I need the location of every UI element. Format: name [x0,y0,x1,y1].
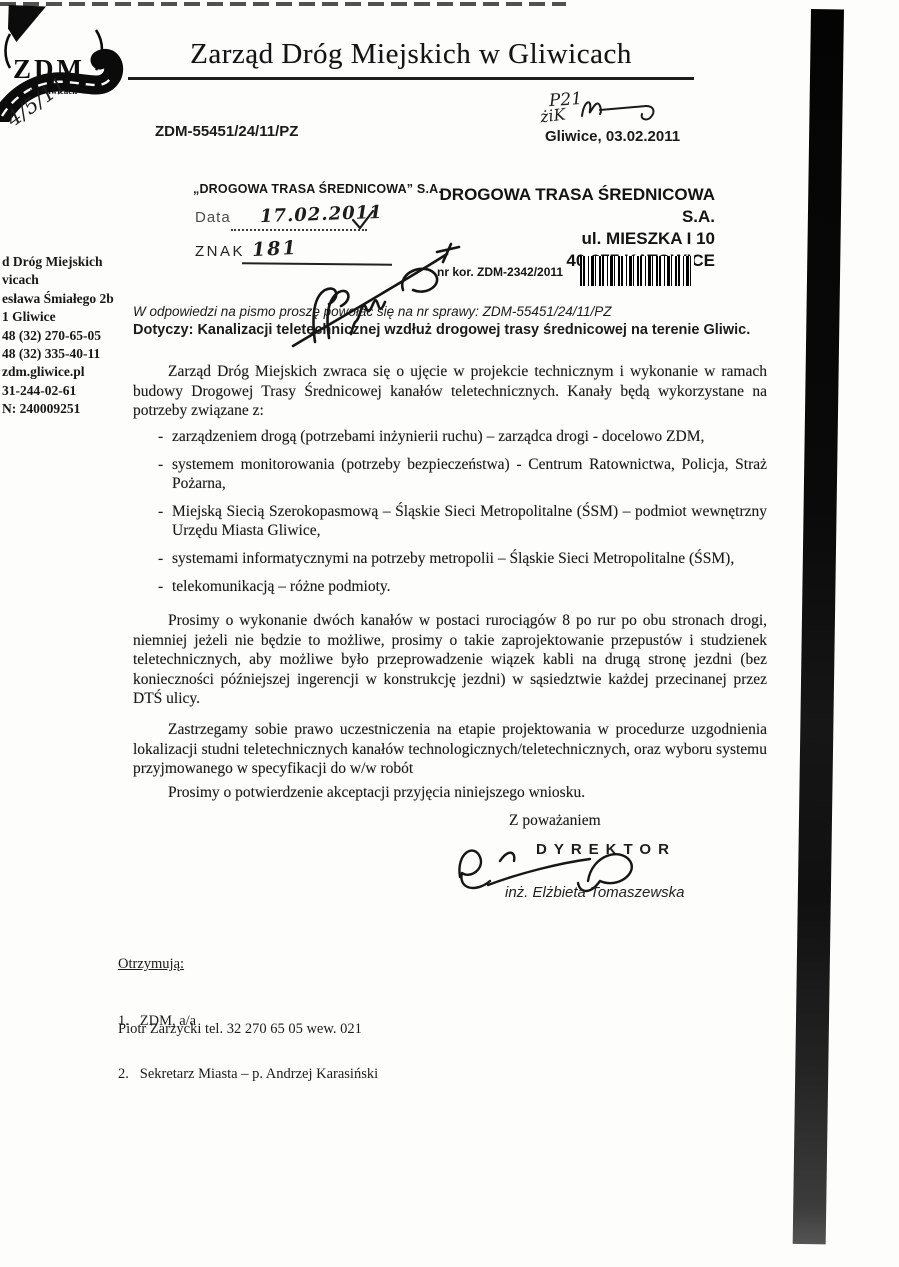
bullet-dash: - [158,577,172,596]
received-stamp-znak-label: ZNAK [195,243,245,260]
list-item: -systemem monitorowania (potrzeby bezpie… [158,455,767,493]
reference-number: ZDM-55451/24/11/PZ [155,123,298,140]
letterhead-rule [128,77,694,80]
bullet-dash: - [158,502,172,540]
place-and-date: Gliwice, 03.02.2011 [545,128,680,145]
barcode [580,256,694,286]
sidebar-line: 48 (32) 335-40-11 [2,345,114,363]
sidebar-line: zdm.gliwice.pl [2,363,114,381]
signer-name: inż. Elżbieta Tomaszewska [505,884,685,901]
list-item: -zarządzeniem drogą (potrzebami inżynier… [158,427,767,446]
bullet-text: telekomunikacją – różne podmioty. [172,577,767,596]
list-item: -Miejską Siecią Szerokopasmową – Śląskie… [158,502,767,540]
distribution-list: 1. ZDM, a/a 2. Sekretarz Miasta – p. And… [118,978,378,1118]
letterhead-title: Zarząd Dróg Miejskich w Gliwicach [130,38,692,71]
body-paragraph-2: Prosimy o wykonanie dwóch kanałów w post… [133,611,767,709]
bullet-text: systemami informatycznymi na potrzeby me… [172,549,767,568]
bullet-dash: - [158,427,172,446]
bullet-list: -zarządzeniem drogą (potrzebami inżynier… [133,427,767,605]
body-paragraph-1: Zarząd Dróg Miejskich zwraca się o ujęci… [133,362,767,421]
bullet-text: Miejską Siecią Szerokopasmową – Śląskie … [172,502,767,540]
correspondence-value: ZDM-2342/2011 [477,265,563,279]
closing-salutation: Z poważaniem [509,812,601,830]
handwritten-flourish [576,92,668,124]
sidebar-line: 31-244-02-61 [2,382,114,400]
bullet-text: systemem monitorowania (potrzeby bezpiec… [172,455,767,493]
sidebar-line: 1 Gliwice [2,308,114,326]
handwritten-routing-note-2: żiK [539,105,567,127]
body-paragraph-4: Prosimy o potwierdzenie akceptacji przyj… [133,784,767,802]
contact-person: Piotr Zarzycki tel. 32 270 65 05 wew. 02… [118,1021,362,1038]
distribution-item: 2. Sekretarz Miasta – p. Andrzej Karasiń… [118,1066,378,1084]
sidebar-line: N: 240009251 [2,400,114,418]
sidebar-line: d Dróg Miejskich [2,253,114,271]
body-paragraph-3: Zastrzegamy sobie prawo uczestniczenia n… [133,720,767,779]
distribution-heading: Otrzymują: [118,956,184,973]
sidebar-line: esława Śmiałego 2b [2,290,114,308]
bullet-dash: - [158,455,172,493]
list-item: -systemami informatycznymi na potrzeby m… [158,549,767,568]
received-stamp-date-label: Data [195,209,231,226]
scan-edge-bar [793,9,844,1244]
sender-sidebar: d Dróg Miejskich vicach esława Śmiałego … [2,253,114,419]
recipient-name: DROGOWA TRASA ŚREDNICOWA S.A. [410,184,715,228]
reply-reference-line: W odpowiedzi na pismo proszę powołać się… [133,304,773,319]
bullet-dash: - [158,549,172,568]
sidebar-line: vicach [2,271,114,289]
stamp-date-dotted-line [231,229,367,231]
scan-edge-dashes [0,2,566,6]
sidebar-line: 48 (32) 270-65-05 [2,327,114,345]
received-stamp-company: „DROGOWA TRASA ŚREDNICOWA” S.A. [193,182,442,196]
scanned-letter-page: ZDM w Gliwicach 4/5/11 Zarząd Dróg Miejs… [0,0,899,1267]
bullet-text: zarządzeniem drogą (potrzebami inżynieri… [172,427,767,446]
subject-line: Dotyczy: Kanalizacji teletechnicznej wzd… [133,321,788,339]
handwritten-check-mark [350,208,376,232]
list-item: -telekomunikacją – różne podmioty. [158,577,767,596]
